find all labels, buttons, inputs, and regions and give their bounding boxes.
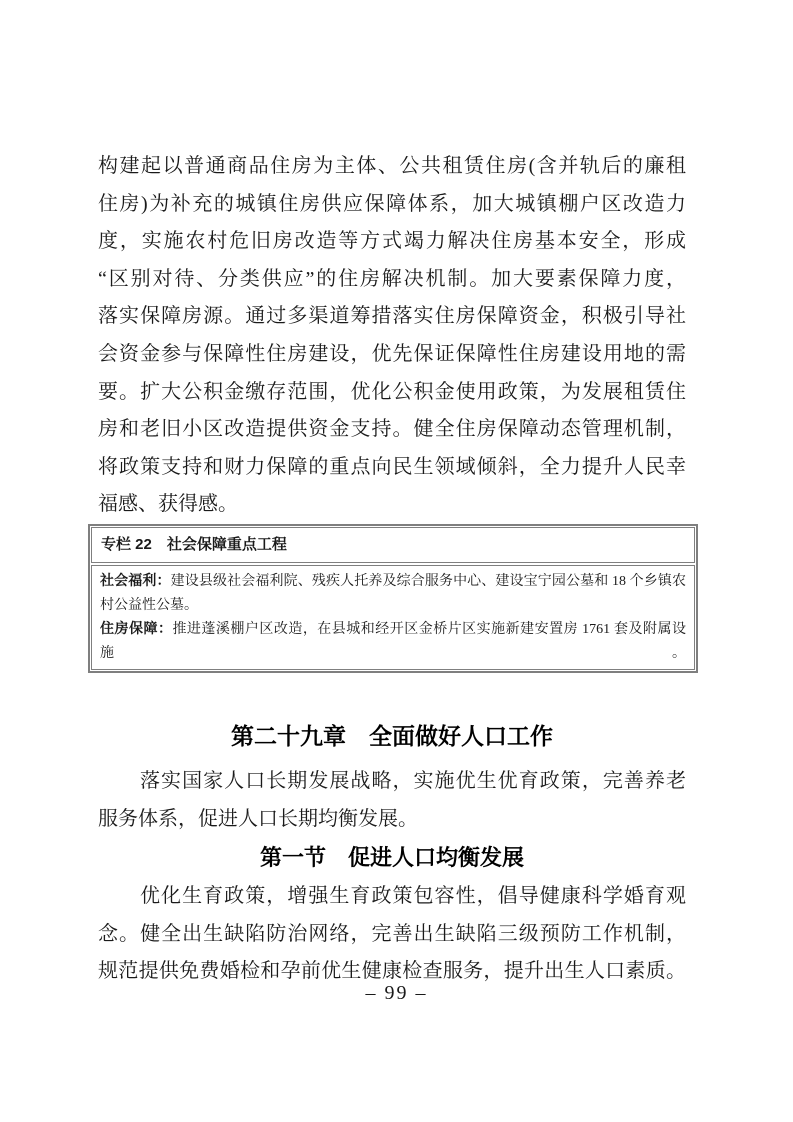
text-line: 服务体系，促进人口长期均衡发展。: [98, 801, 686, 839]
section-heading: 第一节 促进人口均衡发展: [98, 845, 686, 870]
text-line: 构建起以普通商品住房为主体、公共租赁住房(含并轨后的廉租: [98, 148, 686, 186]
page-content: 构建起以普通商品住房为主体、公共租赁住房(含并轨后的廉租住房)为补充的城镇住房供…: [98, 148, 686, 991]
text-line: 房和老旧小区改造提供资金支持。健全住房保障动态管理机制，: [98, 411, 686, 449]
page-number: – 99 –: [0, 982, 793, 1005]
text-line: 落实保障房源。通过多渠道筹措落实住房保障资金，积极引导社: [98, 298, 686, 336]
text-line: 住房)为补充的城镇住房供应保障体系，加大城镇棚户区改造力: [98, 186, 686, 224]
text-line: “区别对待、分类供应”的住房解决机制。加大要素保障力度，: [98, 261, 686, 299]
text-line: 社会福利：建设县级社会福利院、残疾人托养及综合服务中心、建设宝宁园公墓和 18 …: [100, 570, 686, 594]
text-line: 会资金参与保障性住房建设，优先保证保障性住房建设用地的需: [98, 336, 686, 374]
text-line: 将政策支持和财力保障的重点向民生领域倾斜，全力提升人民幸: [98, 449, 686, 487]
text-line: 要。扩大公积金缴存范围，优化公积金使用政策，为发展租赁住: [98, 374, 686, 412]
text-line: 度，实施农村危旧房改造等方式竭力解决住房基本安全，形成: [98, 223, 686, 261]
text-line: 优化生育政策，增强生育政策包容性，倡导健康科学婚育观: [98, 878, 686, 916]
paragraph-section-body: 优化生育政策，增强生育政策包容性，倡导健康科学婚育观念。健全出生缺陷防治网络，完…: [98, 878, 686, 991]
panel-body: 社会福利：建设县级社会福利院、残疾人托养及综合服务中心、建设宝宁园公墓和 18 …: [91, 565, 695, 670]
panel-column-22: 专栏 22 社会保障重点工程 社会福利：建设县级社会福利院、残疾人托养及综合服务…: [88, 524, 698, 673]
chapter-heading: 第二十九章 全面做好人口工作: [98, 723, 686, 750]
line-label: 住房保障：: [100, 622, 172, 637]
paragraph-chapter-intro: 落实国家人口长期发展战略，实施优生优育政策，完善养老服务体系，促进人口长期均衡发…: [98, 763, 686, 838]
text-line: 落实国家人口长期发展战略，实施优生优育政策，完善养老: [98, 763, 686, 801]
line-label: 社会福利：: [100, 574, 171, 589]
text-line: 福感、获得感。: [98, 486, 686, 524]
text-line: 住房保障：推进蓬溪棚户区改造，在县城和经开区金桥片区实施新建安置房 1761 套…: [100, 618, 686, 666]
panel-title: 专栏 22 社会保障重点工程: [101, 536, 287, 553]
document-page: 构建起以普通商品住房为主体、公共租赁住房(含并轨后的廉租住房)为补充的城镇住房供…: [0, 0, 793, 1122]
text-line: 念。健全出生缺陷防治网络，完善出生缺陷三级预防工作机制，: [98, 916, 686, 954]
paragraph-housing-security: 构建起以普通商品住房为主体、公共租赁住房(含并轨后的廉租住房)为补充的城镇住房供…: [98, 148, 686, 524]
panel-header: 专栏 22 社会保障重点工程: [91, 527, 695, 563]
text-line: 村公益性公墓。: [100, 594, 686, 618]
